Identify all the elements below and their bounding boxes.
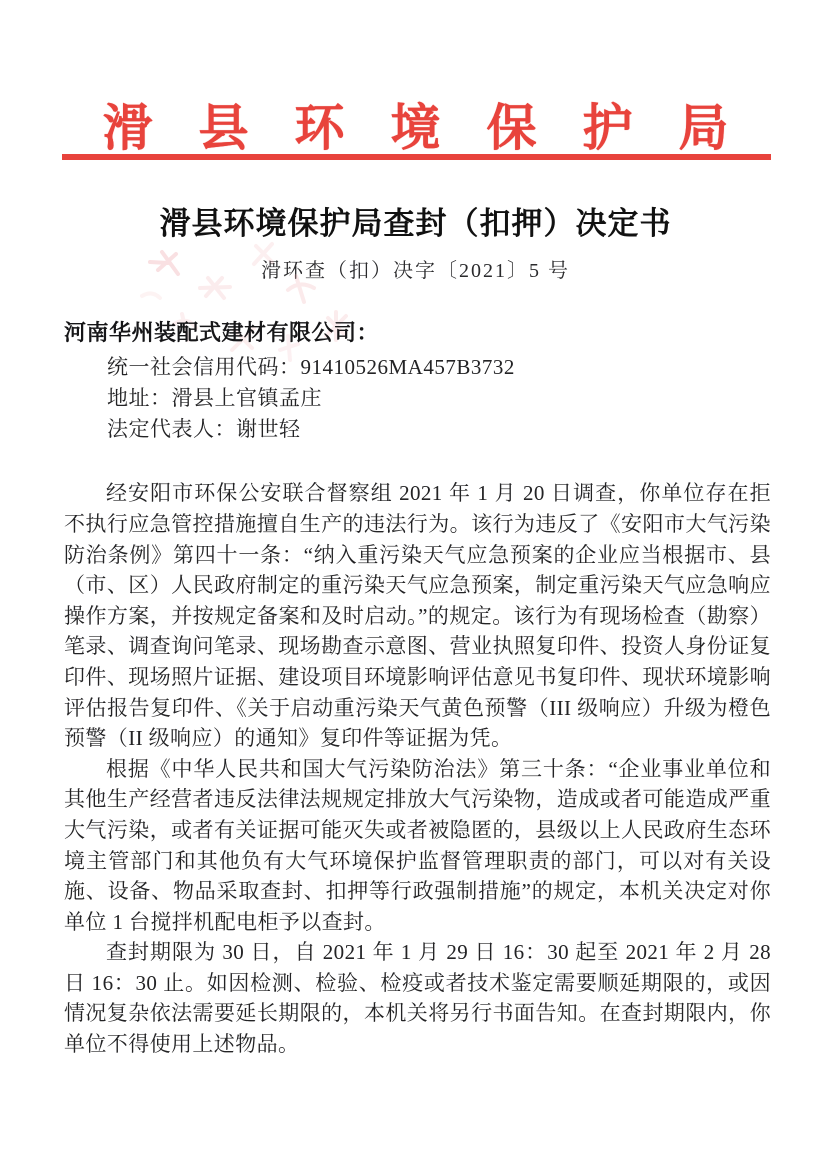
document-page: 滑县环境保护局 滑县环境保护局查封（扣押）决定书 滑环查（扣）决字〔2021〕5…: [0, 0, 831, 1176]
paragraph-legal-basis: 根据《中华人民共和国大气污染防治法》第三十条：“企业事业单位和其他生产经营者违反…: [64, 754, 771, 938]
document-number: 滑环查（扣）决字〔2021〕5 号: [0, 254, 831, 283]
address-line: 地址：滑县上官镇孟庄: [64, 383, 771, 414]
letterhead-divider-rule: [62, 154, 771, 160]
document-title: 滑县环境保护局查封（扣押）决定书: [0, 198, 831, 243]
recipient-name: 河南华州装配式建材有限公司：: [64, 318, 771, 348]
credit-code-line: 统一社会信用代码：91410526MA457B3732: [64, 352, 771, 383]
document-body: 河南华州装配式建材有限公司： 统一社会信用代码：91410526MA457B37…: [64, 318, 771, 1060]
legal-representative-line: 法定代表人：谢世轻: [64, 414, 771, 445]
paragraph-violation-facts: 经安阳市环保公安联合督察组 2021 年 1 月 20 日调查，你单位存在拒不执…: [64, 478, 771, 753]
body-paragraphs: 经安阳市环保公安联合督察组 2021 年 1 月 20 日调查，你单位存在拒不执…: [64, 478, 771, 1059]
letterhead: 滑县环境保护局: [0, 88, 831, 160]
paragraph-seizure-period: 查封期限为 30 日，自 2021 年 1 月 29 日 16：30 起至 20…: [64, 937, 771, 1059]
agency-name: 滑县环境保护局: [46, 88, 831, 160]
